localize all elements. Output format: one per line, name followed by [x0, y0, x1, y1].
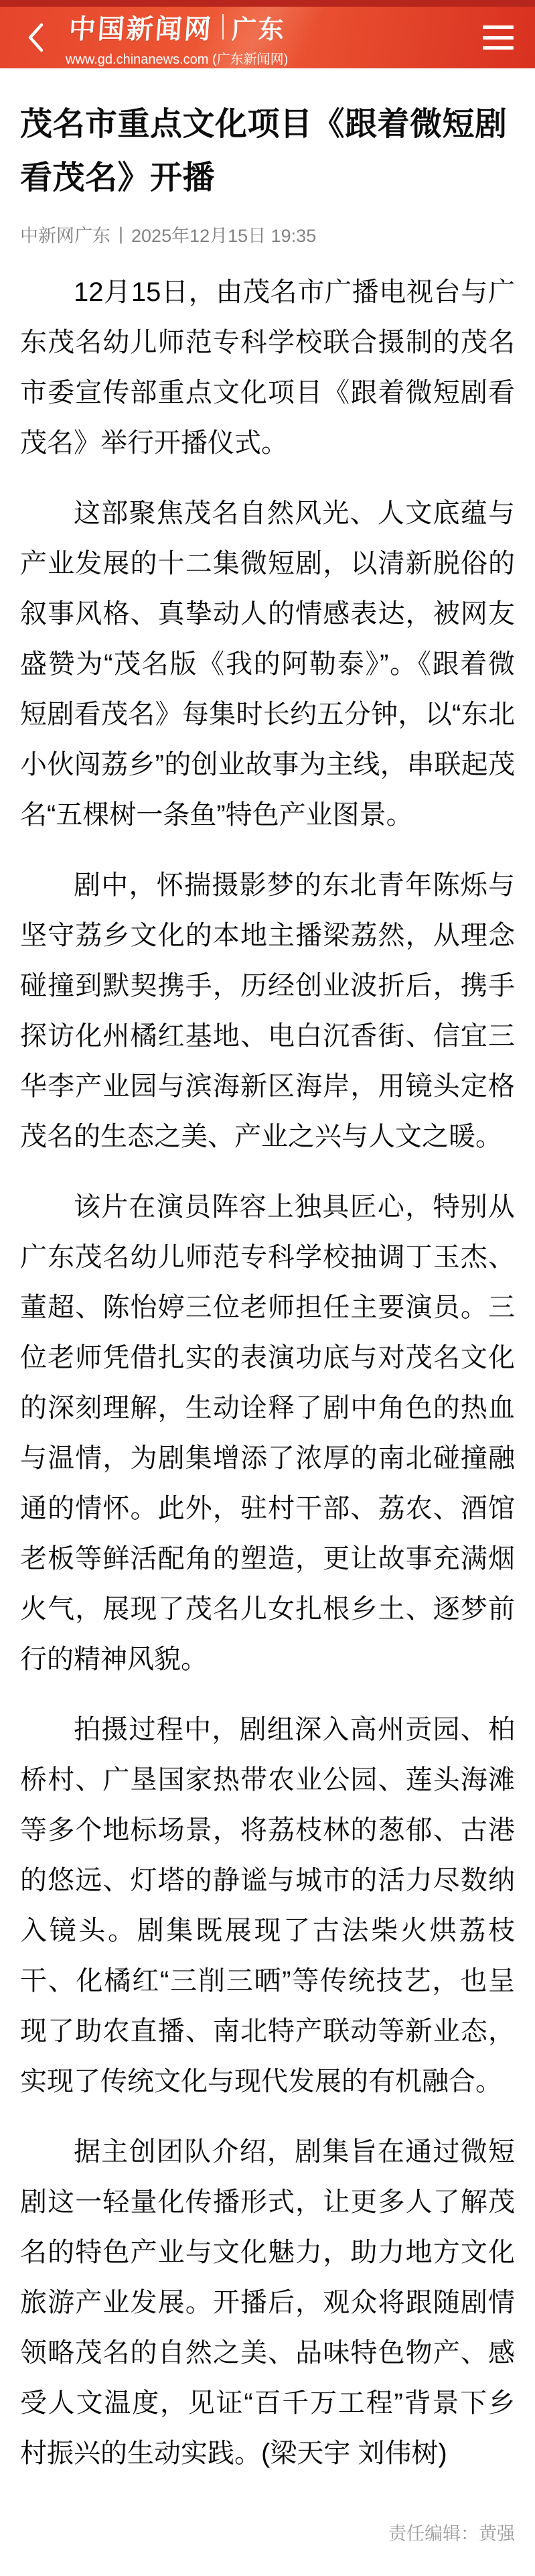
page-title: 茂名市重点文化项目《跟着微短剧看茂名》开播	[20, 98, 515, 205]
article-paragraph: 该片在演员阵容上独具匠心，特别从广东茂名幼儿师范专科学校抽调丁玉杰、董超、陈怡婷…	[20, 1182, 515, 1685]
back-button[interactable]	[24, 21, 47, 54]
site-brand: 中国新闻网 广东 www.gd.chinanews.com (广东新闻网)	[66, 8, 288, 68]
header-main: 中国新闻网 广东 www.gd.chinanews.com (广东新闻网)	[0, 7, 535, 68]
article-paragraph: 拍摄过程中，剧组深入高州贡园、柏桥村、广垦国家热带农业公园、莲头海滩等多个地标场…	[20, 1705, 515, 2107]
article-meta: 中新网广东 | 2025年12月15日 19:35	[20, 221, 515, 247]
logo-divider	[222, 14, 224, 40]
article-paragraph: 剧中，怀揣摄影梦的东北青年陈烁与坚守荔乡文化的本地主播梁荔然，从理念碰撞到默契携…	[20, 860, 515, 1162]
publish-datetime: 2025年12月15日 19:35	[131, 221, 316, 247]
hamburger-icon	[483, 36, 514, 40]
chevron-left-icon	[27, 23, 44, 52]
hamburger-icon	[483, 46, 514, 50]
meta-separator: |	[119, 224, 123, 245]
article-paragraph: 据主创团队介绍，剧集旨在通过微短剧这一轻量化传播形式，让更多人了解茂名的特色产业…	[20, 2127, 515, 2479]
menu-button[interactable]	[483, 25, 514, 50]
chinanews-logo: 中国新闻网	[68, 8, 214, 46]
site-url: www.gd.chinanews.com (广东新闻网)	[66, 48, 288, 68]
article-content: 12月15日，由茂名市广播电视台与广东茂名幼儿师范专科学校联合摄制的茂名市委宣传…	[20, 267, 515, 2479]
region-label: 广东	[232, 9, 285, 46]
header-bar: 中国新闻网 广东 www.gd.chinanews.com (广东新闻网)	[0, 0, 535, 68]
editor-credit: 责任编辑：黄强	[388, 2524, 515, 2544]
source-name: 中新网广东	[20, 221, 110, 247]
hamburger-icon	[483, 25, 514, 29]
article: 茂名市重点文化项目《跟着微短剧看茂名》开播 中新网广东 | 2025年12月15…	[0, 98, 535, 2479]
article-paragraph: 这部聚焦茂名自然风光、人文底蕴与产业发展的十二集微短剧，以清新脱俗的叙事风格、真…	[20, 489, 515, 840]
header-top-strip	[0, 0, 535, 7]
article-paragraph: 12月15日，由茂名市广播电视台与广东茂名幼儿师范专科学校联合摄制的茂名市委宣传…	[20, 267, 515, 468]
footer: 责任编辑：黄强	[0, 2519, 535, 2576]
brand-row: 中国新闻网 广东	[69, 8, 285, 46]
